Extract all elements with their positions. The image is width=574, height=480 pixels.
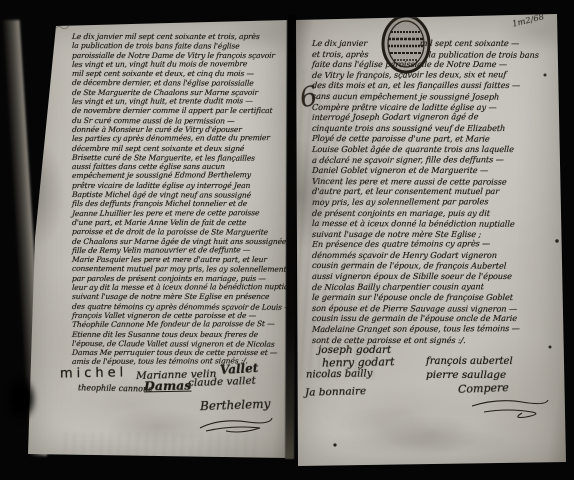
manuscript-line: moy pris, les ay solennellement par paro… <box>312 196 540 208</box>
manuscript-line: Madelaine Granget son épouse, tous les t… <box>312 323 540 335</box>
edge-shadow-blob <box>5 376 37 422</box>
manuscript-line: aussi vigneron époux de Sibille soeur de… <box>312 271 539 282</box>
folio-number: 1m2/68 <box>511 14 545 30</box>
signature-nicolas-bailly: nicolas bailly <box>306 368 373 380</box>
signature-michel: michel <box>60 365 128 381</box>
signature-pierre-saullage: pierre saullage <box>426 369 506 381</box>
manuscript-line: le germain sur l'épouse oncle de françoi… <box>312 292 539 303</box>
manuscript-line: a déclaré ne sçavoir signer, fille des d… <box>312 154 540 166</box>
manuscript-line: suivant l'usage de notre mère Ste Eglise… <box>72 292 290 301</box>
manuscript-line: sans aucun empêchement je soussigné Jose… <box>312 91 539 102</box>
signature-claude-vallet: claude vallet <box>188 375 256 389</box>
signature-berthelemy: Berthelemy <box>200 397 271 413</box>
pencil-scribble <box>44 24 70 34</box>
notary-flourish-icon <box>198 414 276 434</box>
right-page: 1m2/68 6 Le dix janvier mil sept cent so… <box>294 14 566 466</box>
manuscript-line: Louise Goblet âgée de quarante trois ans… <box>312 144 539 155</box>
manuscript-line: En présence des quatre témoins cy après … <box>312 238 540 250</box>
manuscript-line: de présent conjoints en mariage, puis ay… <box>312 208 539 219</box>
signature-damas: Damas <box>144 378 192 394</box>
book-gutter-seam <box>285 15 296 459</box>
manuscript-line: d'une part, et Marie Anne Velin de fait … <box>72 218 290 227</box>
signature-joseph-godart: joseph godart <box>318 344 391 356</box>
scanned-register-spread: Le dix janvier mil sept cent soixante et… <box>0 0 574 480</box>
ink-bleedthrough <box>58 433 258 458</box>
signature-henry-godart: henry godart <box>322 355 395 369</box>
manuscript-line: les vingt et un, vingt huit du mois de n… <box>72 59 290 69</box>
manuscript-line: Le dix janvier mil sept cent soixante et… <box>72 32 290 41</box>
signature-theophile-cannone: theophile cannone <box>78 383 153 393</box>
manuscript-line: cinquante trois ans soussigné veuf de El… <box>312 123 539 134</box>
manuscript-line: la messe et à iceux donné la bénédiction… <box>312 218 539 229</box>
manuscript-line: dénommés sçavoir de Henry Godart vignero… <box>312 250 539 261</box>
manuscript-line: les vingt et un, vingt huit, et trente d… <box>72 96 290 106</box>
manuscript-line: empêchement je soussigné Edmond Berthele… <box>72 170 290 180</box>
manuscript-line: consentement mutuel par moy pris, les ay… <box>72 264 290 274</box>
left-page-text: Le dix janvier mil sept cent soixante et… <box>72 32 290 367</box>
manuscript-line: Théophile Cannone Me fondeur de la paroi… <box>72 319 290 329</box>
manuscript-line: Daniel Goblet vigneron et de Marguerite … <box>312 165 539 176</box>
manuscript-line: leur ay dit la messe et à iceux donné la… <box>72 282 290 292</box>
manuscript-line: de Nicolas Bailly charpentier cousin aya… <box>312 281 540 293</box>
left-page: Le dix janvier mil sept cent soixante et… <box>28 18 290 458</box>
manuscript-line: prêtre vicaire de laditte église ay inte… <box>72 181 290 190</box>
manuscript-line: paroisse et de droit de la paroisse de S… <box>72 227 290 237</box>
notary-flourish-icon <box>470 396 550 420</box>
manuscript-line: fille de Remy Velin manouvrier et de def… <box>72 245 290 255</box>
right-page-text: Le dix janvier mil sept cent soixante —e… <box>312 38 539 345</box>
manuscript-line: de novembre dernier comme il appert par … <box>72 106 290 115</box>
manuscript-line: interrogé Joseph Godart vigneron âgé de <box>312 111 540 123</box>
signature-francois-aubertel: françois aubertel <box>426 356 513 367</box>
manuscript-line: les parties cy après dénommées, en datte… <box>72 133 290 143</box>
manuscript-line: de Vitry le françois, sçavoir les deux, … <box>312 69 540 81</box>
signature-bonnaire: Ja bonnaire <box>305 385 367 399</box>
manuscript-line: mil sept cent soixante et deux, et cinq … <box>72 69 290 78</box>
signature-compere: Compere <box>458 381 509 396</box>
manuscript-line: décembre mil sept cent soixante et deux … <box>72 144 290 153</box>
manuscript-line: Marie Pasquier les pere et mere d'autre … <box>72 255 290 264</box>
manuscript-line: des dits mois et an, et les fiançailles … <box>312 80 539 91</box>
manuscript-line: Etienne dit les Susanne tous deux beaux … <box>72 330 290 339</box>
manuscript-line: la publication de trois bans faite dans … <box>72 41 290 51</box>
manuscript-line: Jeanne Lhuillier les pere et mere de cet… <box>72 208 290 218</box>
manuscript-line: Le dix janvier mil sept cent soixante — <box>312 38 539 49</box>
